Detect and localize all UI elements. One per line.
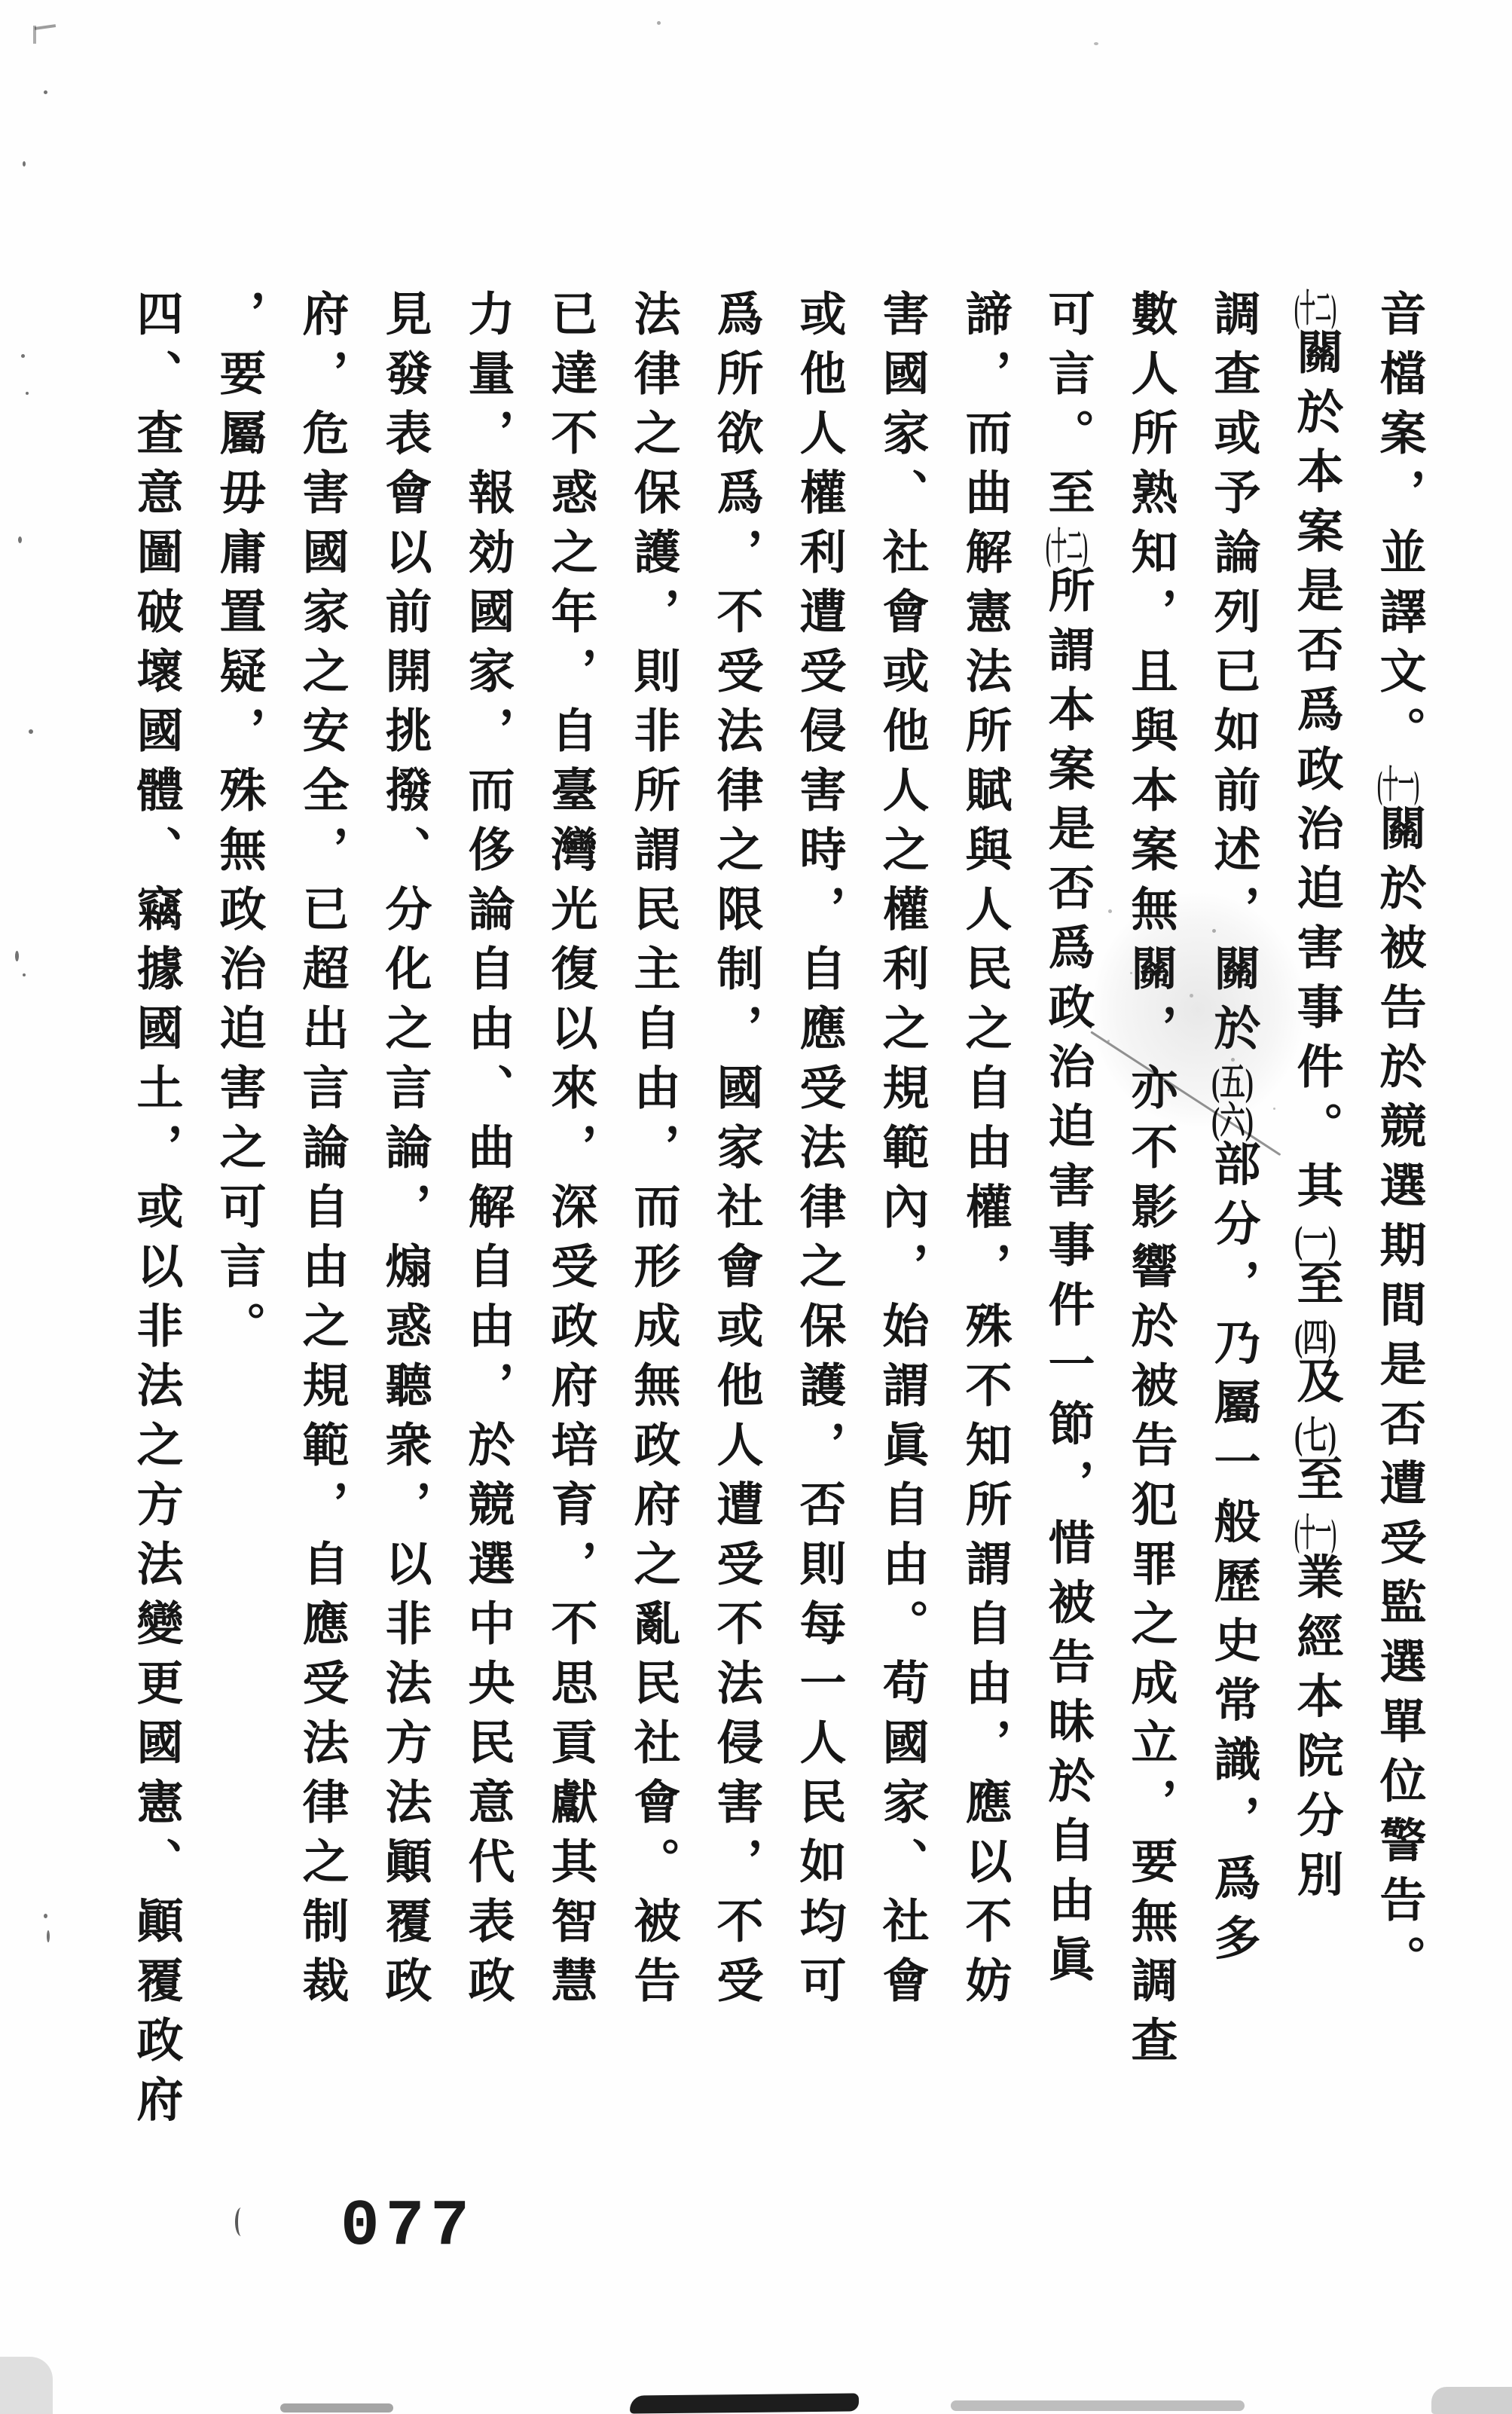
text-column: 見發表會以前開挑撥、分化之言論，煽惑聽衆，以非法方法顚覆政 bbox=[362, 289, 445, 2098]
text-column: 或他人權利遭受侵害時，自應受法律之保護，否則每一人民如均可 bbox=[777, 289, 860, 2098]
text-column: 諦，而曲解憲法所賦與人民之自由權，殊不知所謂自由，應以不妨 bbox=[942, 289, 1025, 2098]
scan-noise-speck bbox=[1094, 42, 1098, 45]
text-column-paragraph-four: 四、查意圖破壞國體、竊據國土，或以非法之方法變更國憲、顚覆政府 bbox=[114, 289, 197, 2098]
page-number: 077 bbox=[341, 2189, 475, 2263]
scan-noise-speck bbox=[657, 21, 661, 25]
scan-noise-speck bbox=[47, 1930, 50, 1942]
text-column: 音檔案，並譯文。(十一)關於被告於競選期間是否遭受監選單位警告。 bbox=[1357, 289, 1440, 2098]
bottom-edge-artifact bbox=[630, 2393, 859, 2413]
scan-noise-speck bbox=[15, 951, 19, 961]
item-number: (四) bbox=[1294, 1319, 1336, 1357]
bottom-edge-artifact bbox=[280, 2403, 393, 2412]
item-number: (一) bbox=[1294, 1221, 1336, 1259]
scan-noise-speck bbox=[44, 1914, 47, 1918]
item-number: (七) bbox=[1294, 1416, 1336, 1455]
bottom-edge-artifact bbox=[1431, 2387, 1512, 2414]
text-column: 調查或予論列已如前述，關於(五)(六)部分，乃屬一般歷史常識，爲多 bbox=[1191, 289, 1274, 2098]
item-number: (六) bbox=[1211, 1102, 1254, 1140]
text-column: 害國家、社會或他人之權利之規範內，始謂眞自由。苟國家、社會 bbox=[860, 289, 942, 2098]
scanned-page: 音檔案，並譯文。(十一)關於被告於競選期間是否遭受監選單位警告。 (十二)關於本… bbox=[0, 0, 1512, 2414]
scan-noise-speck bbox=[26, 392, 29, 395]
corner-pencil-mark bbox=[35, 24, 56, 30]
page-number-stray-mark bbox=[235, 2208, 247, 2236]
text-column: 爲所欲爲，不受法律之限制，國家社會或他人遭受不法侵害，不受 bbox=[694, 289, 777, 2098]
scan-noise-speck bbox=[23, 973, 26, 976]
text-column: 法律之保護，則非所謂民主自由，而形成無政府之亂民社會。被告 bbox=[611, 289, 694, 2098]
text-column: 府，危害國家之安全，已超出言論自由之規範，自應受法律之制裁 bbox=[279, 289, 362, 2098]
item-number: (五) bbox=[1211, 1063, 1254, 1102]
item-number: (十二) bbox=[1294, 289, 1336, 328]
text-column: ，要屬毋庸置疑，殊無政治迫害之可言。 bbox=[197, 289, 279, 2098]
bottom-edge-artifact bbox=[951, 2400, 1245, 2411]
item-number: (十一) bbox=[1294, 1514, 1336, 1552]
corner-pencil-mark bbox=[33, 26, 36, 44]
text-column: 數人所熟知，且與本案無關，亦不影響於被告犯罪之成立，要無調查 bbox=[1108, 289, 1191, 2098]
item-number: (十二) bbox=[1046, 527, 1088, 566]
scan-noise-speck bbox=[21, 354, 25, 358]
scan-noise-speck bbox=[23, 161, 26, 167]
item-number: (十一) bbox=[1377, 765, 1419, 804]
text-column: 力量，報効國家，而侈論自由、曲解自由，於競選中央民意代表政 bbox=[445, 289, 528, 2098]
bottom-edge-artifact bbox=[0, 2357, 53, 2414]
scan-noise-speck bbox=[18, 536, 22, 543]
text-column: 可言。至(十二)所謂本案是否爲政治迫害事件一節，惜被告昧於自由眞 bbox=[1025, 289, 1108, 2098]
text-column: (十二)關於本案是否爲政治迫害事件。其(一)至(四)及(七)至(十一)業經本院分… bbox=[1274, 289, 1357, 2098]
text-column: 已達不惑之年，自臺灣光復以來，深受政府培育，不思貢獻其智慧 bbox=[528, 289, 611, 2098]
scan-noise-speck bbox=[29, 729, 33, 734]
judgment-text-block: 音檔案，並譯文。(十一)關於被告於競選期間是否遭受監選單位警告。 (十二)關於本… bbox=[114, 289, 1440, 2098]
scan-noise-speck bbox=[44, 90, 47, 94]
